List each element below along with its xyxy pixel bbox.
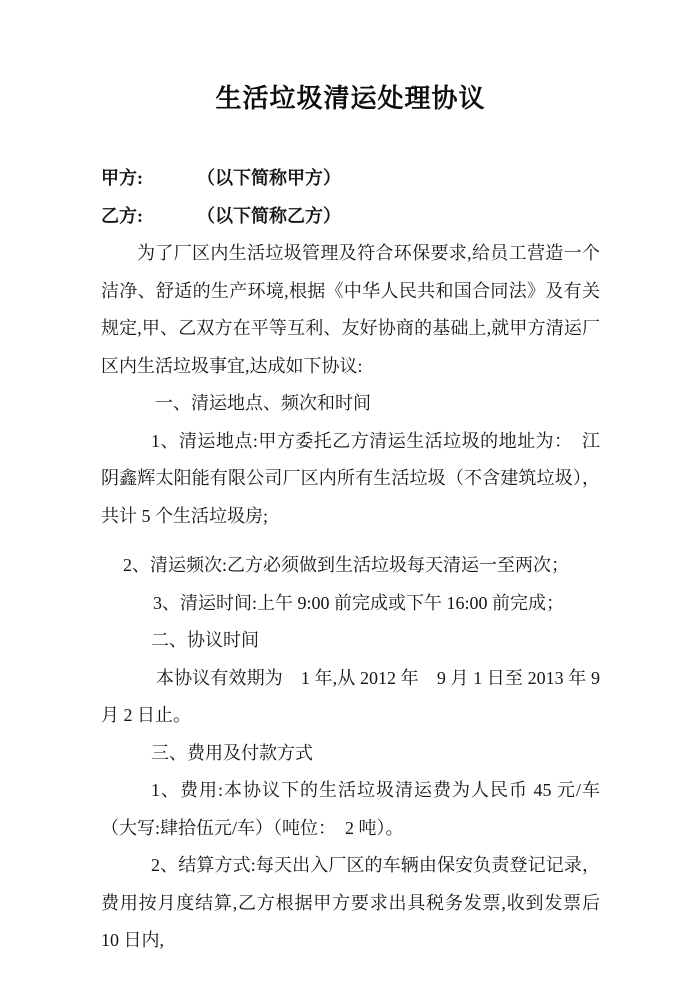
party-line: 甲方:（以下简称甲方）: [101, 160, 600, 198]
party-label: 乙方:: [101, 198, 197, 236]
paragraph: 1、清运地点:甲方委托乙方清运生活垃圾的地址为： 江阴鑫辉太阳能有限公司厂区内所…: [101, 423, 600, 536]
paragraph: 二、协议时间: [101, 622, 600, 660]
paragraph: 本协议有效期为 1 年,从 2012 年 9 月 1 日至 2013 年 9 月…: [101, 660, 600, 735]
paragraph: 三、费用及付款方式: [101, 735, 600, 773]
document-page: 生活垃圾清运处理协议 甲方:（以下简称甲方）乙方:（以下简称乙方） 为了厂区内生…: [0, 0, 700, 990]
party-note: （以下简称乙方）: [197, 206, 341, 226]
party-note: （以下简称甲方）: [197, 168, 341, 188]
paragraph: 一、清运地点、频次和时间: [101, 385, 600, 423]
party-list: 甲方:（以下简称甲方）乙方:（以下简称乙方）: [101, 160, 600, 235]
party-label: 甲方:: [101, 160, 197, 198]
paragraph: 为了厂区内生活垃圾管理及符合环保要求,给员工营造一个洁净、舒适的生产环境,根据《…: [101, 235, 600, 385]
paragraph: 1、费用:本协议下的生活垃圾清运费为人民币 45 元/车（大写:肆拾伍元/车）（…: [101, 772, 600, 847]
document-title: 生活垃圾清运处理协议: [101, 82, 600, 116]
paragraph: 2、清运频次:乙方必须做到生活垃圾每天清运一至两次；: [101, 547, 600, 585]
paragraph: 3、清运时间:上午 9:00 前完成或下午 16:00 前完成；: [101, 585, 600, 623]
party-line: 乙方:（以下简称乙方）: [101, 198, 600, 236]
paragraph: 2、结算方式:每天出入厂区的车辆由保安负责登记记录，费用按月度结算,乙方根据甲方…: [101, 847, 600, 960]
paragraph-list: 为了厂区内生活垃圾管理及符合环保要求,给员工营造一个洁净、舒适的生产环境,根据《…: [101, 235, 600, 960]
